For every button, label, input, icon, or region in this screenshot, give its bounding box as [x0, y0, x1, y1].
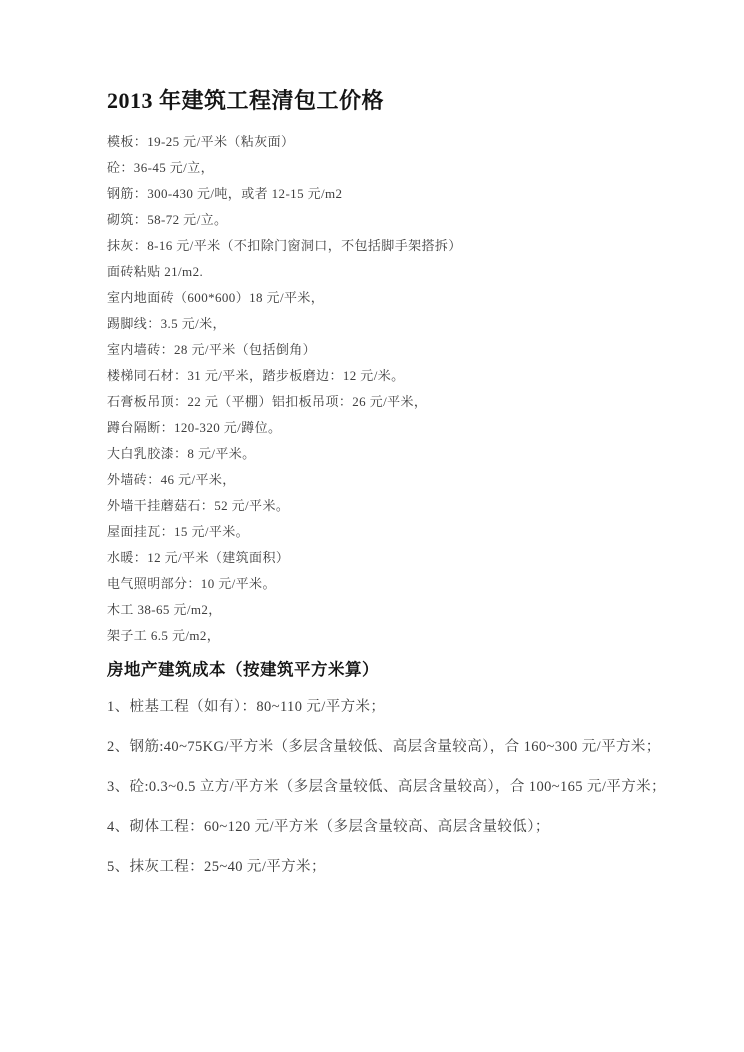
price-line-roof-tile: 屋面挂瓦：15 元/平米。: [107, 519, 666, 545]
price-line-floor-tile: 室内地面砖（600*600）18 元/平米，: [107, 285, 666, 311]
document-title: 2013 年建筑工程清包工价格: [107, 86, 666, 116]
price-line-rebar: 钢筋：300-430 元/吨，或者 12-15 元/m2: [107, 181, 666, 207]
price-line-carpentry: 木工 38-65 元/m2，: [107, 597, 666, 623]
price-line-stair-stone: 楼梯同石材：31 元/平米，踏步板磨边：12 元/米。: [107, 363, 666, 389]
price-line-latex-paint: 大白乳胶漆：8 元/平米。: [107, 441, 666, 467]
price-line-concrete: 砼：36-45 元/立，: [107, 155, 666, 181]
price-list: 模板：19-25 元/平米（粘灰面） 砼：36-45 元/立， 钢筋：300-4…: [107, 129, 666, 649]
price-line-formwork: 模板：19-25 元/平米（粘灰面）: [107, 129, 666, 155]
price-line-plumbing-heating: 水暖：12 元/平米（建筑面积）: [107, 545, 666, 571]
price-line-masonry: 砌筑：58-72 元/立。: [107, 207, 666, 233]
price-line-scaffolder: 架子工 6.5 元/m2，: [107, 623, 666, 649]
cost-item-concrete: 3、砼:0.3~0.5 立方/平方米（多层含量较低、高层含量较高），合 100~…: [107, 767, 666, 807]
cost-section-heading: 房地产建筑成本（按建筑平方米算）: [107, 658, 666, 682]
price-line-toilet-partition: 蹲台隔断：120-320 元/蹲位。: [107, 415, 666, 441]
price-line-skirting: 踢脚线：3.5 元/米，: [107, 311, 666, 337]
price-line-mushroom-stone: 外墙干挂蘑菇石：52 元/平米。: [107, 493, 666, 519]
document-page: 2013 年建筑工程清包工价格 模板：19-25 元/平米（粘灰面） 砼：36-…: [0, 0, 744, 1052]
price-line-ceiling: 石膏板吊顶：22 元（平棚）铝扣板吊项：26 元/平米，: [107, 389, 666, 415]
cost-item-rebar: 2、钢筋:40~75KG/平方米（多层含量较低、高层含量较高），合 160~30…: [107, 727, 666, 767]
price-line-wall-tile: 室内墙砖：28 元/平米（包括倒角）: [107, 337, 666, 363]
price-line-plastering: 抹灰：8-16 元/平米（不扣除门窗洞口，不包括脚手架搭拆）: [107, 233, 666, 259]
price-line-face-brick: 面砖粘贴 21/m2.: [107, 259, 666, 285]
price-line-electrical-lighting: 电气照明部分：10 元/平米。: [107, 571, 666, 597]
cost-item-pile-foundation: 1、桩基工程（如有）：80~110 元/平方米；: [107, 687, 666, 727]
price-line-exterior-brick: 外墙砖：46 元/平米，: [107, 467, 666, 493]
cost-item-masonry: 4、砌体工程：60~120 元/平方米（多层含量较高、高层含量较低）；: [107, 807, 666, 847]
cost-item-plastering: 5、抹灰工程：25~40 元/平方米；: [107, 847, 666, 887]
cost-item-list: 1、桩基工程（如有）：80~110 元/平方米； 2、钢筋:40~75KG/平方…: [107, 687, 666, 887]
